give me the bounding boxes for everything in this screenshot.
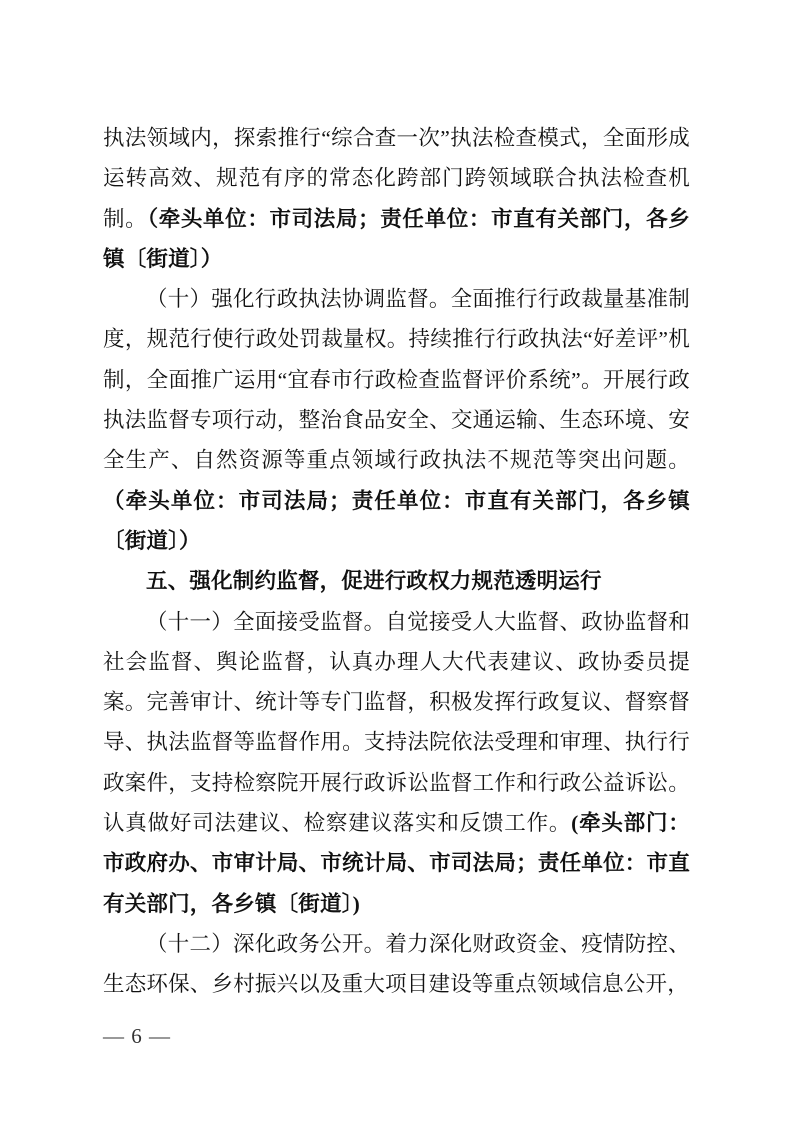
- document-page: 执法领域内，探索推行“综合查一次”执法检查模式，全面形成运转高效、规范有序的常态…: [0, 0, 793, 1122]
- page-number-text: — 6 —: [103, 1024, 171, 1048]
- responsibility-attribution: （牵头单位：市司法局；责任单位：市直有关部门，各乡镇〔街道〕）: [103, 489, 690, 553]
- section-heading-5: 五、强化制约监督，促进行政权力规范透明运行: [103, 561, 690, 601]
- document-content: 执法领域内，探索推行“综合查一次”执法检查模式，全面形成运转高效、规范有序的常态…: [103, 118, 690, 1005]
- paragraph-item-11: （十一）全面接受监督。自觉接受人大监督、政协监督和社会监督、舆论监督，认真办理人…: [103, 602, 690, 924]
- paragraph-item-12: （十二）深化政务公开。着力深化财政资金、疫情防控、生态环保、乡村振兴以及重大项目…: [103, 924, 690, 1005]
- paragraph-body-text: （十）强化行政执法协调监督。全面推行行政裁量基准制度，规范行使行政处罚裁量权。持…: [103, 287, 690, 472]
- paragraph-body-text: （十一）全面接受监督。自觉接受人大监督、政协监督和社会监督、舆论监督，认真办理人…: [103, 610, 690, 835]
- responsibility-attribution: （牵头单位：市司法局；责任单位：市直有关部门，各乡镇〔街道〕）: [103, 207, 690, 271]
- page-number: — 6 —: [103, 1026, 171, 1047]
- paragraph-continuation: 执法领域内，探索推行“综合查一次”执法检查模式，全面形成运转高效、规范有序的常态…: [103, 118, 690, 279]
- paragraph-body-text: （十二）深化政务公开。着力深化财政资金、疫情防控、生态环保、乡村振兴以及重大项目…: [103, 932, 690, 996]
- paragraph-item-10: （十）强化行政执法协调监督。全面推行行政裁量基准制度，规范行使行政处罚裁量权。持…: [103, 279, 690, 561]
